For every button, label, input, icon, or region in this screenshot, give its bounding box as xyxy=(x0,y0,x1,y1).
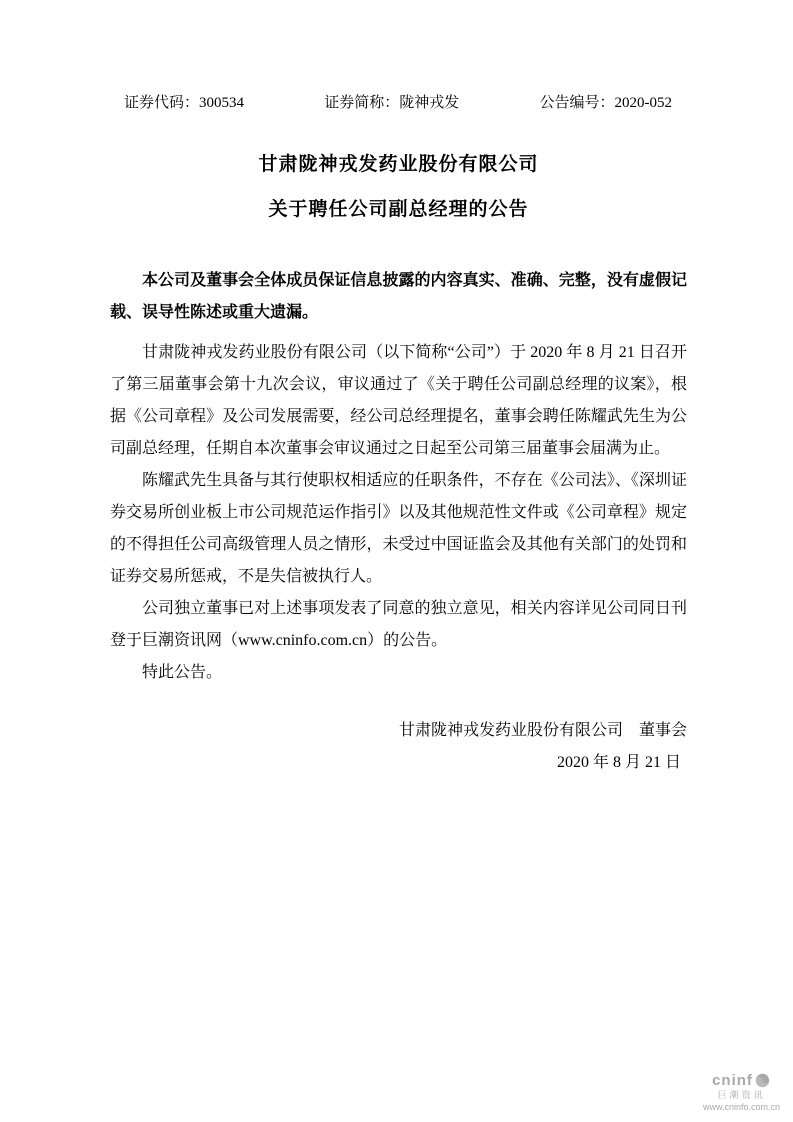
signature-date: 2020 年 8 月 21 日 xyxy=(110,747,687,779)
paragraph-independent-directors: 公司独立董事已对上述事项发表了同意的独立意见，相关内容详见公司同日刊登于巨潮资讯… xyxy=(110,593,687,657)
cninfo-brand-row: cninf xyxy=(703,1072,780,1089)
announcement-number: 公告编号：2020-052 xyxy=(540,88,673,118)
company-name-title: 甘肃陇神戎发药业股份有限公司 xyxy=(110,150,687,180)
truthfulness-statement: 本公司及董事会全体成员保证信息披露的内容真实、准确、完整，没有虚假记载、误导性陈… xyxy=(110,265,687,329)
stock-short-name: 证券简称：陇神戎发 xyxy=(324,88,459,118)
paragraph-closing: 特此公告。 xyxy=(110,657,687,689)
announcement-title: 关于聘任公司副总经理的公告 xyxy=(110,195,687,225)
paragraph-qualification: 陈耀武先生具备与其行使职权相适应的任职条件，不存在《公司法》、《深圳证券交易所创… xyxy=(110,465,687,593)
signature-block: 甘肃陇神戎发药业股份有限公司 董事会 2020 年 8 月 21 日 xyxy=(110,715,687,779)
cninfo-swirl-icon xyxy=(754,1072,771,1089)
cninfo-chinese-name: 巨潮资讯 xyxy=(703,1090,780,1100)
cninfo-watermark: cninf 巨潮资讯 www.cninfo.com.cn xyxy=(703,1072,780,1112)
paragraph-board-resolution: 甘肃陇神戎发药业股份有限公司（以下简称“公司”）于 2020 年 8 月 21 … xyxy=(110,337,687,465)
cninfo-brand-text: cninf xyxy=(712,1072,753,1089)
stock-code: 证券代码：300534 xyxy=(124,88,244,118)
securities-header: 证券代码：300534 证券简称：陇神戎发 公告编号：2020-052 xyxy=(110,88,687,118)
cninfo-url: www.cninfo.com.cn xyxy=(703,1102,780,1112)
announcement-document: 证券代码：300534 证券简称：陇神戎发 公告编号：2020-052 甘肃陇神… xyxy=(0,0,793,1122)
signature-company: 甘肃陇神戎发药业股份有限公司 董事会 xyxy=(110,715,687,747)
